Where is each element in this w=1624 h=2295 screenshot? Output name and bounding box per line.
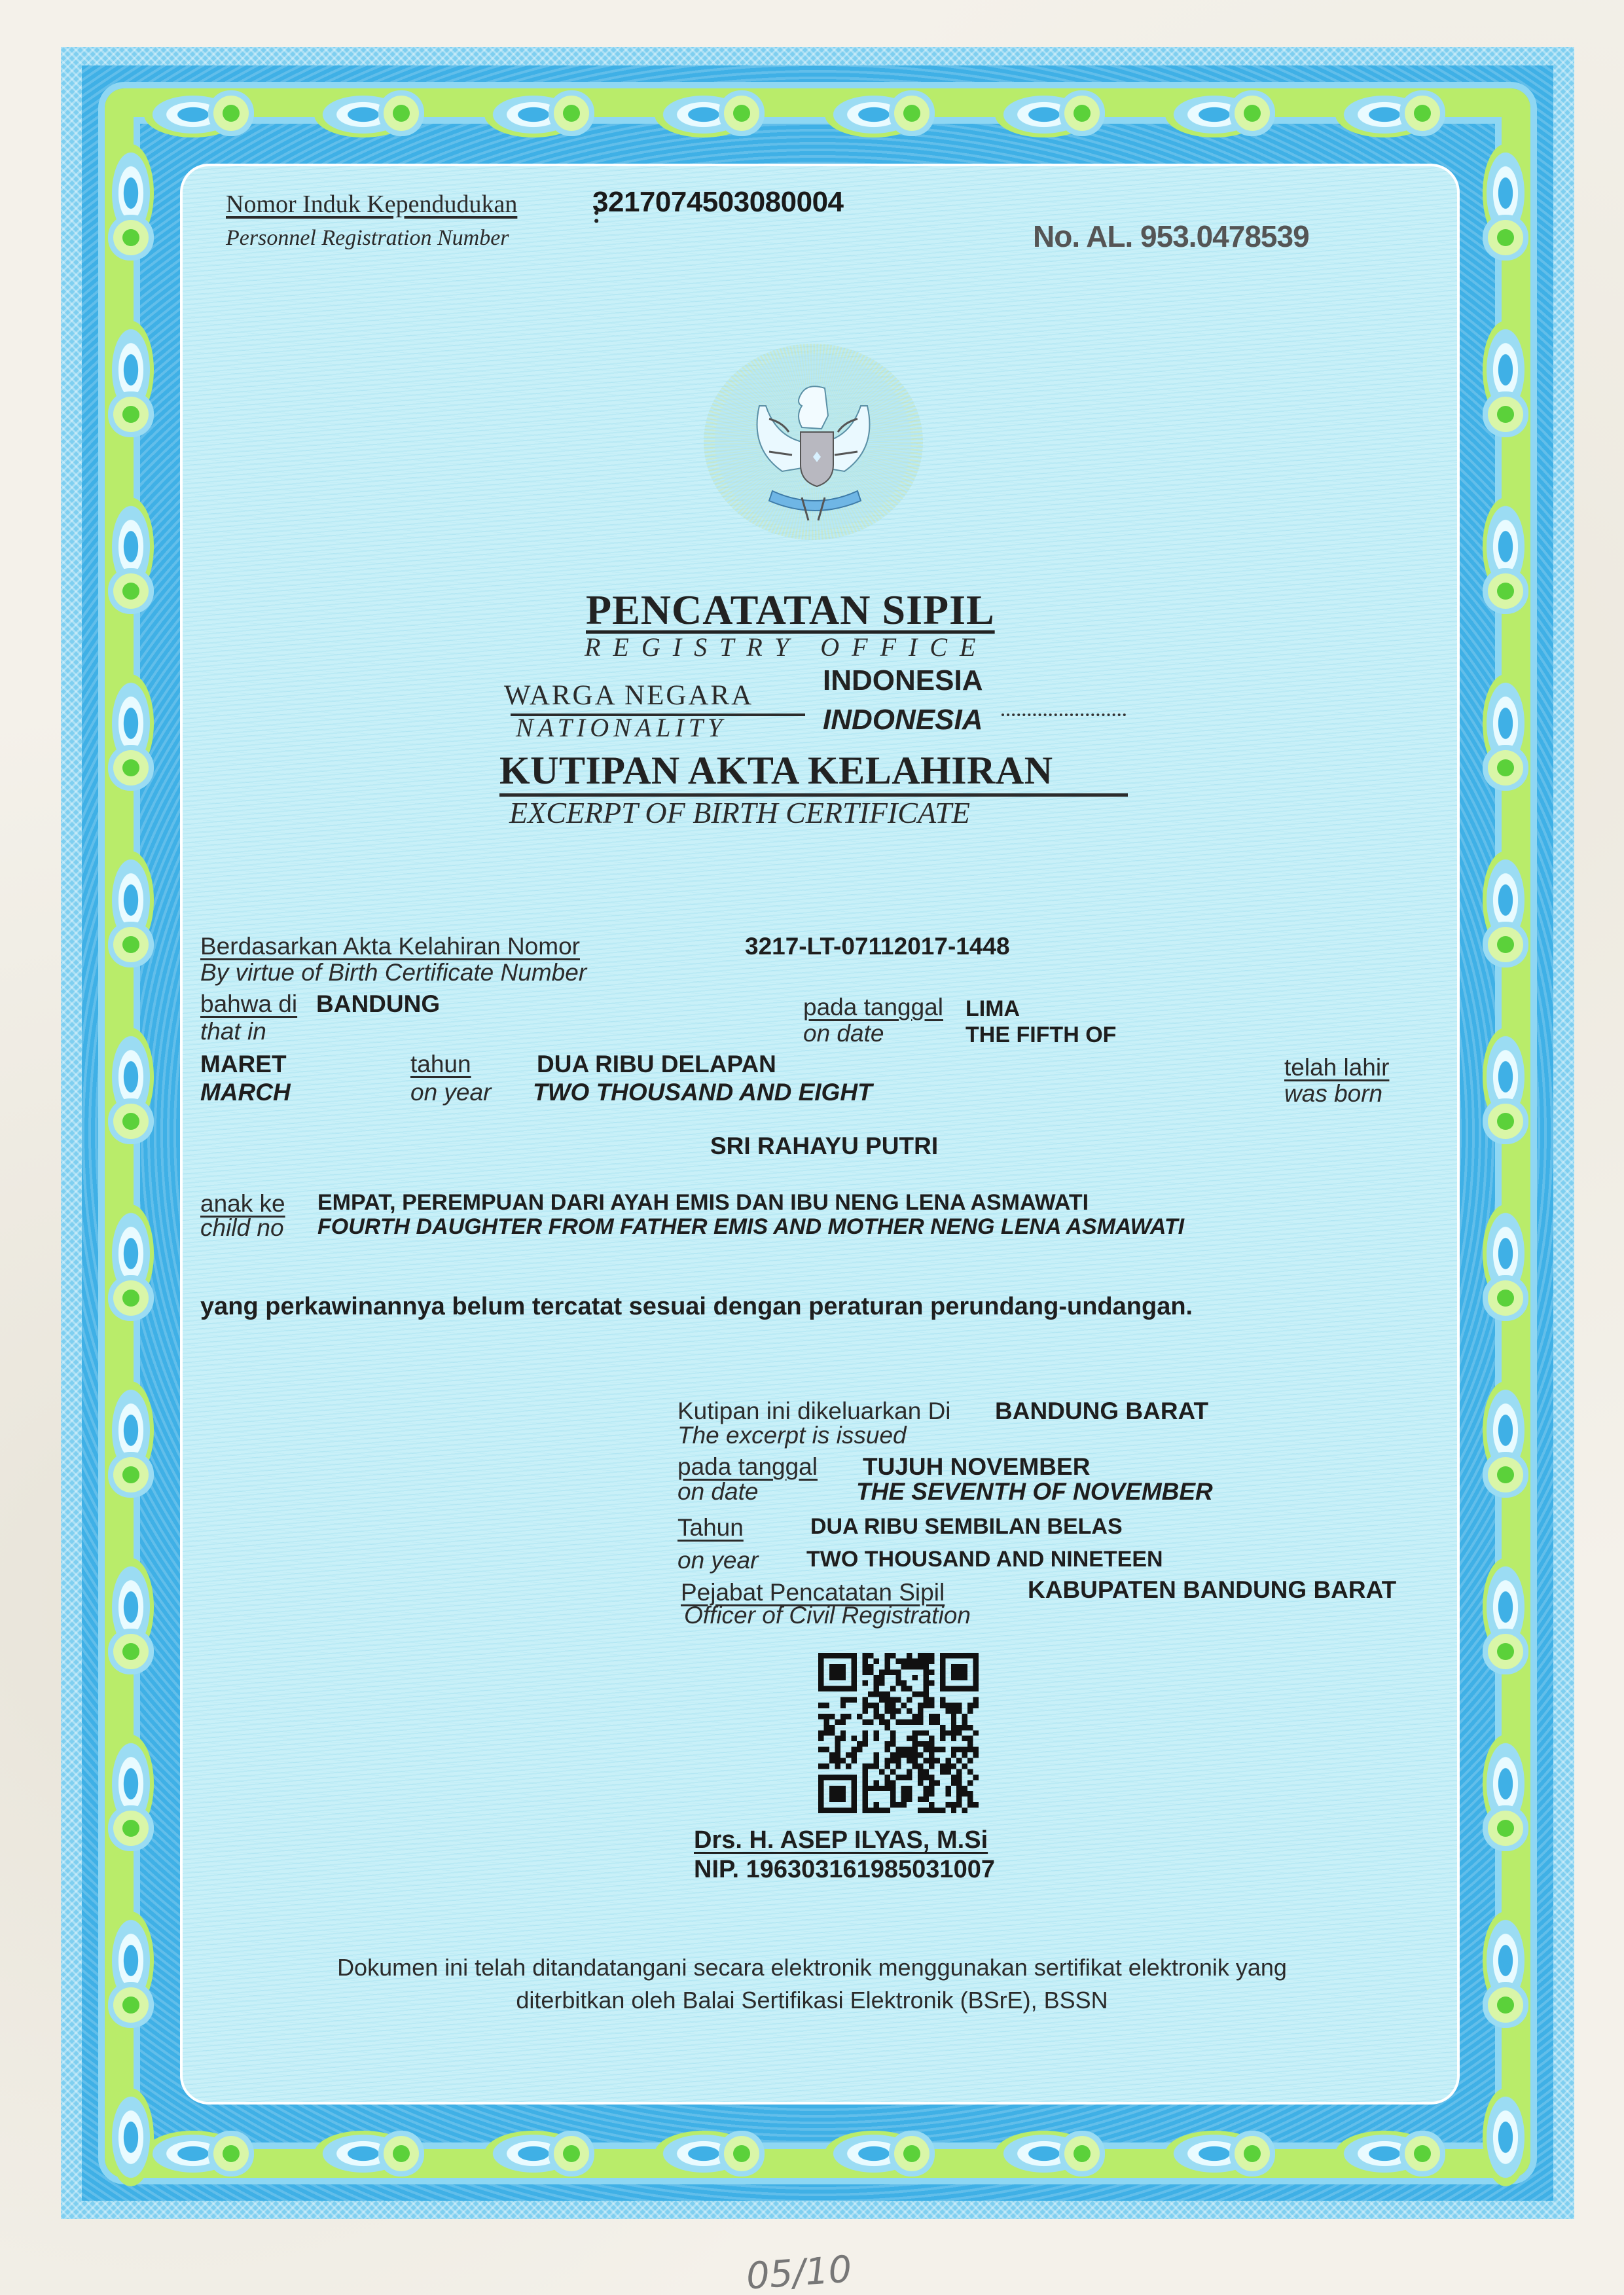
- nationality-dotted-line: [1001, 714, 1126, 716]
- document-title-en: EXCERPT OF BIRTH CERTIFICATE: [509, 795, 970, 830]
- child-order-value: EMPAT, PEREMPUAN DARI AYAH EMIS DAN IBU …: [317, 1190, 1089, 1216]
- birth-day-value: LIMA: [965, 996, 1020, 1022]
- esign-note-line2: diterbitkan oleh Balai Sertifikasi Elekt…: [0, 1987, 1624, 2014]
- border-eye-ornament: [108, 1204, 154, 1303]
- birth-day-value-en: THE FIFTH OF: [965, 1022, 1116, 1048]
- birth-year-label-en: on year: [410, 1079, 491, 1106]
- border-dot-ornament: [1497, 1290, 1514, 1307]
- border-dot-ornament: [1497, 1643, 1514, 1660]
- border-dot-ornament: [1414, 2145, 1431, 2162]
- birth-date-label-en: on date: [803, 1020, 884, 1047]
- birth-place-label-en: that in: [200, 1018, 266, 1045]
- border-eye-ornament: [108, 1558, 154, 1656]
- nationality-label-en: NATIONALITY: [516, 712, 727, 743]
- border-dot-ornament: [1497, 1466, 1514, 1483]
- border-dot-ornament: [903, 105, 920, 122]
- border-dot-ornament: [1074, 2145, 1091, 2162]
- border-eye-ornament: [1483, 1735, 1528, 1833]
- border-eye-ornament: [108, 851, 154, 949]
- nik-label: Nomor Induk Kependudukan: [226, 190, 517, 219]
- border-eye-ornament: [108, 1028, 154, 1126]
- border-dot-ornament: [393, 2145, 410, 2162]
- birth-place-value: BANDUNG: [316, 990, 440, 1018]
- border-dot-ornament: [122, 583, 139, 600]
- child-name: SRI RAHAYU PUTRI: [710, 1132, 938, 1160]
- border-dot-ornament: [903, 2145, 920, 2162]
- border-dot-ornament: [733, 2145, 750, 2162]
- signatory-name: Drs. H. ASEP ILYAS, M.Si: [694, 1826, 988, 1854]
- nationality-label: WARGA NEGARA: [504, 679, 753, 712]
- issued-date-value: TUJUH NOVEMBER: [863, 1453, 1090, 1481]
- office-title: PENCATATAN SIPIL: [586, 586, 995, 634]
- child-order-label-en: child no: [200, 1214, 284, 1242]
- border-eye-ornament: [1483, 144, 1528, 242]
- birth-month-value: MARET: [200, 1051, 287, 1078]
- issued-date-label: pada tanggal: [677, 1453, 818, 1481]
- border-dot-ornament: [1497, 1113, 1514, 1130]
- border-eye-ornament: [108, 674, 154, 772]
- border-eye-ornament: [108, 1381, 154, 1479]
- border-dot-ornament: [122, 1290, 139, 1307]
- child-order-label: anak ke: [200, 1190, 285, 1218]
- border-dot-ornament: [122, 1820, 139, 1837]
- issued-year-value-en: TWO THOUSAND AND NINETEEN: [806, 1547, 1163, 1572]
- nationality-value-en: INDONESIA: [823, 704, 983, 736]
- born-label: telah lahir: [1284, 1054, 1389, 1081]
- birth-place-label: bahwa di: [200, 990, 297, 1018]
- issued-year-label-en: on year: [677, 1547, 758, 1574]
- border-eye-ornament: [108, 2088, 154, 2186]
- cert-number-label: Berdasarkan Akta Kelahiran Nomor: [200, 933, 580, 960]
- border-eye-ornament: [1483, 497, 1528, 596]
- border-eye-ornament: [1483, 2088, 1528, 2186]
- signatory-nip: NIP. 196303161985031007: [694, 1856, 995, 1884]
- border-eye-ornament: [108, 321, 154, 419]
- office-title-en: REGISTRY OFFICE: [585, 632, 988, 662]
- serial-number: No. AL. 953.0478539: [1033, 219, 1309, 254]
- border-eye-ornament: [1483, 674, 1528, 772]
- birth-date-label: pada tanggal: [803, 994, 943, 1021]
- birth-year-label: tahun: [410, 1051, 471, 1078]
- issued-label: Kutipan ini dikeluarkan Di: [677, 1398, 951, 1425]
- issued-date-value-en: THE SEVENTH OF NOVEMBER: [856, 1478, 1213, 1506]
- issued-label-en: The excerpt is issued: [677, 1422, 907, 1449]
- nik-label-en: Personnel Registration Number: [226, 226, 509, 251]
- officer-value: KABUPATEN BANDUNG BARAT: [1028, 1576, 1396, 1604]
- birth-year-value-en: TWO THOUSAND AND EIGHT: [533, 1079, 873, 1106]
- born-label-en: was born: [1284, 1080, 1382, 1108]
- border-eye-ornament: [1483, 321, 1528, 419]
- border-eye-ornament: [108, 1735, 154, 1833]
- issued-year-value: DUA RIBU SEMBILAN BELAS: [810, 1514, 1123, 1540]
- border-dot-ornament: [1497, 936, 1514, 953]
- border-eye-ornament: [108, 144, 154, 242]
- border-dot-ornament: [1414, 105, 1431, 122]
- issued-place-value: BANDUNG BARAT: [995, 1398, 1208, 1425]
- issued-year-label: Tahun: [677, 1514, 744, 1542]
- border-eye-ornament: [1483, 1558, 1528, 1656]
- border-dot-ornament: [733, 105, 750, 122]
- border-dot-ornament: [563, 105, 580, 122]
- handwritten-note: 05/10: [745, 2248, 854, 2295]
- border-dot-ornament: [1497, 229, 1514, 246]
- border-dot-ornament: [122, 1643, 139, 1660]
- officer-label-en: Officer of Civil Registration: [684, 1602, 971, 1629]
- border-dot-ornament: [122, 1113, 139, 1130]
- border-dot-ornament: [223, 105, 240, 122]
- border-eye-ornament: [1483, 1381, 1528, 1479]
- border-dot-ornament: [393, 105, 410, 122]
- cert-number-value: 3217-LT-07112017-1448: [745, 933, 1010, 960]
- border-dot-ornament: [223, 2145, 240, 2162]
- border-dot-ornament: [1497, 406, 1514, 423]
- garuda-pancasila-emblem-icon: [704, 344, 923, 540]
- border-dot-ornament: [122, 759, 139, 776]
- nik-value: 3217074503080004: [592, 186, 844, 219]
- border-dot-ornament: [122, 1466, 139, 1483]
- nationality-value: INDONESIA: [823, 664, 983, 697]
- birth-month-value-en: MARCH: [200, 1079, 291, 1106]
- marriage-note: yang perkawinannya belum tercatat sesuai…: [200, 1293, 1193, 1321]
- border-dot-ornament: [1497, 759, 1514, 776]
- qr-code-icon: [818, 1653, 979, 1813]
- border-dot-ornament: [1244, 105, 1261, 122]
- border-eye-ornament: [108, 497, 154, 596]
- cert-number-label-en: By virtue of Birth Certificate Number: [200, 959, 586, 986]
- border-dot-ornament: [1497, 583, 1514, 600]
- border-dot-ornament: [1497, 1820, 1514, 1837]
- esign-note-line1: Dokumen ini telah ditandatangani secara …: [0, 1954, 1624, 1981]
- issued-date-label-en: on date: [677, 1478, 758, 1506]
- border-dot-ornament: [1074, 105, 1091, 122]
- border-dot-ornament: [563, 2145, 580, 2162]
- border-dot-ornament: [1244, 2145, 1261, 2162]
- border-dot-ornament: [122, 229, 139, 246]
- border-eye-ornament: [1483, 1028, 1528, 1126]
- child-order-value-en: FOURTH DAUGHTER FROM FATHER EMIS AND MOT…: [317, 1214, 1184, 1240]
- document-title: KUTIPAN AKTA KELAHIRAN: [499, 748, 1053, 793]
- border-eye-ornament: [1483, 851, 1528, 949]
- border-dot-ornament: [122, 936, 139, 953]
- birth-year-value: DUA RIBU DELAPAN: [537, 1051, 776, 1078]
- border-eye-ornament: [1483, 1204, 1528, 1303]
- border-dot-ornament: [122, 406, 139, 423]
